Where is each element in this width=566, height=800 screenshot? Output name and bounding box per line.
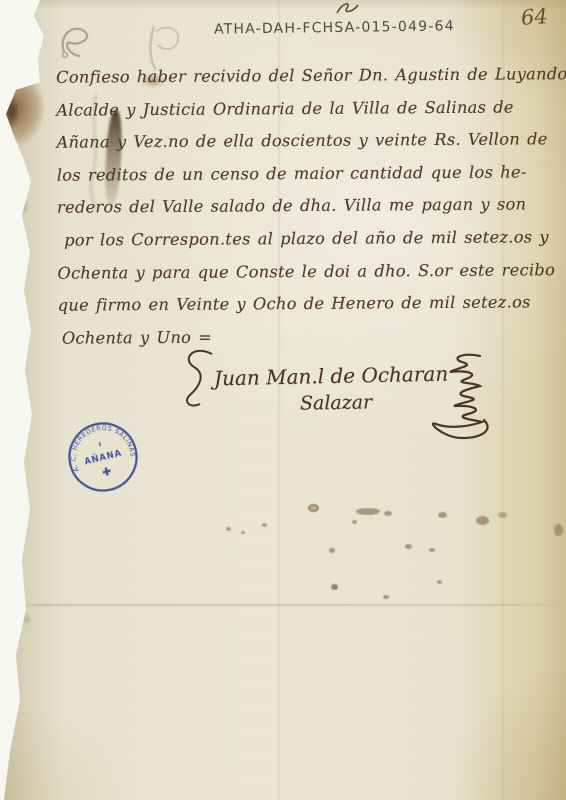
letter-line: Confieso haber recivido del Señor Dn. Ag… <box>56 58 542 94</box>
ink-squiggle <box>332 0 362 16</box>
top-edge-shading <box>0 0 566 10</box>
signature-rubric-flourish <box>428 350 524 446</box>
tear-stain-core <box>2 94 20 130</box>
letter-line: que firmo en Veinte y Ocho de Henero de … <box>58 286 544 322</box>
edge-stain <box>18 612 34 626</box>
paper-sheet: ATHA-DAH-FCHSA-015-049-64 64 Confieso ha… <box>0 0 566 800</box>
foxing-spot <box>356 508 380 515</box>
foxing-spot <box>476 516 489 525</box>
foxing-spot <box>226 527 231 531</box>
foxing-spot <box>438 512 447 518</box>
letter-line: Añana y Vez.no de ella doscientos y vein… <box>56 123 542 159</box>
letter-line: Alcalde y Justicia Ordinaria de la Villa… <box>56 91 542 127</box>
foxing-spot <box>405 544 412 549</box>
foxing-spot <box>262 523 267 527</box>
letter-line: los reditos de un censo de maior cantida… <box>57 156 543 192</box>
foxing-spot <box>384 511 392 516</box>
foxing-spot <box>498 512 507 518</box>
archive-stamp: A. C. HEREDEROS SALINAS AÑANA <box>56 410 151 505</box>
foxing-spot <box>554 524 563 536</box>
foxing-spot <box>352 520 357 524</box>
edge-stain <box>16 196 30 216</box>
archive-reference-code: ATHA-DAH-FCHSA-015-049-64 <box>214 18 455 37</box>
foxing-spot <box>329 548 335 553</box>
signature-name: Juan Man.l de Ocharan <box>214 362 449 391</box>
stamp-center-text: AÑANA <box>83 448 123 468</box>
folio-number: 64 <box>520 4 548 30</box>
foxing-spot <box>383 595 389 599</box>
bleedthrough-flourish <box>56 22 106 66</box>
letter-line: por los Correspon.tes al plazo del año d… <box>64 221 543 257</box>
letter-line: rederos del Valle salado de dha. Villa m… <box>57 189 543 225</box>
stamp-tick-mark <box>99 442 100 446</box>
foxing-spot <box>437 580 442 584</box>
horizontal-fold-crease <box>0 604 566 606</box>
foxing-spot <box>429 548 435 552</box>
signature-surname: Salazar <box>300 391 373 414</box>
foxing-spot <box>331 584 338 590</box>
letter-body: Confieso haber recivido del Señor Dn. Ag… <box>56 58 544 355</box>
letter-line: Ochenta y para que Conste le doi a dho. … <box>57 254 543 290</box>
tear-stain <box>0 72 44 144</box>
scanned-document-page: ATHA-DAH-FCHSA-015-049-64 64 Confieso ha… <box>0 0 566 800</box>
foxing-spot <box>241 531 245 534</box>
stamp-cross-icon <box>102 467 112 477</box>
foxing-spot <box>308 504 319 512</box>
